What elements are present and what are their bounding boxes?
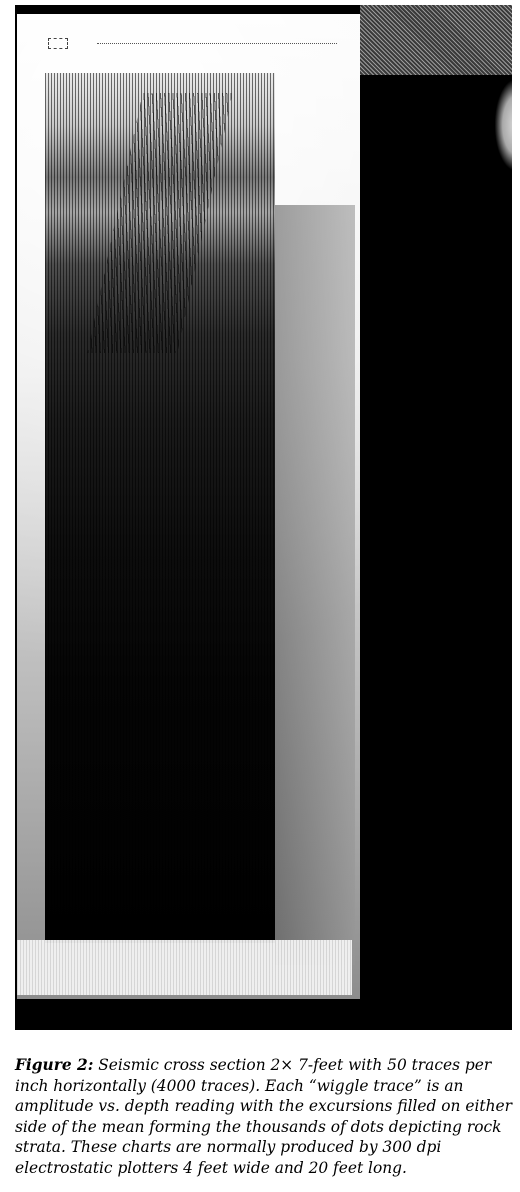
- sheet-label-box: [48, 38, 68, 49]
- figure-caption-text: Seismic cross section 2× 7-feet with 50 …: [15, 1056, 512, 1177]
- sheet-header-line: [97, 43, 337, 45]
- person-profile: [495, 80, 512, 170]
- photo-background: [360, 5, 512, 75]
- figure-caption: Figure 2: Seismic cross section 2× 7-fee…: [15, 1055, 515, 1178]
- sheet-shadow: [275, 205, 355, 965]
- seismic-cross-section: [45, 73, 275, 943]
- sheet-bottom-edge: [17, 940, 352, 995]
- figure-label: Figure 2:: [15, 1056, 93, 1074]
- figure-photo: [15, 5, 512, 1030]
